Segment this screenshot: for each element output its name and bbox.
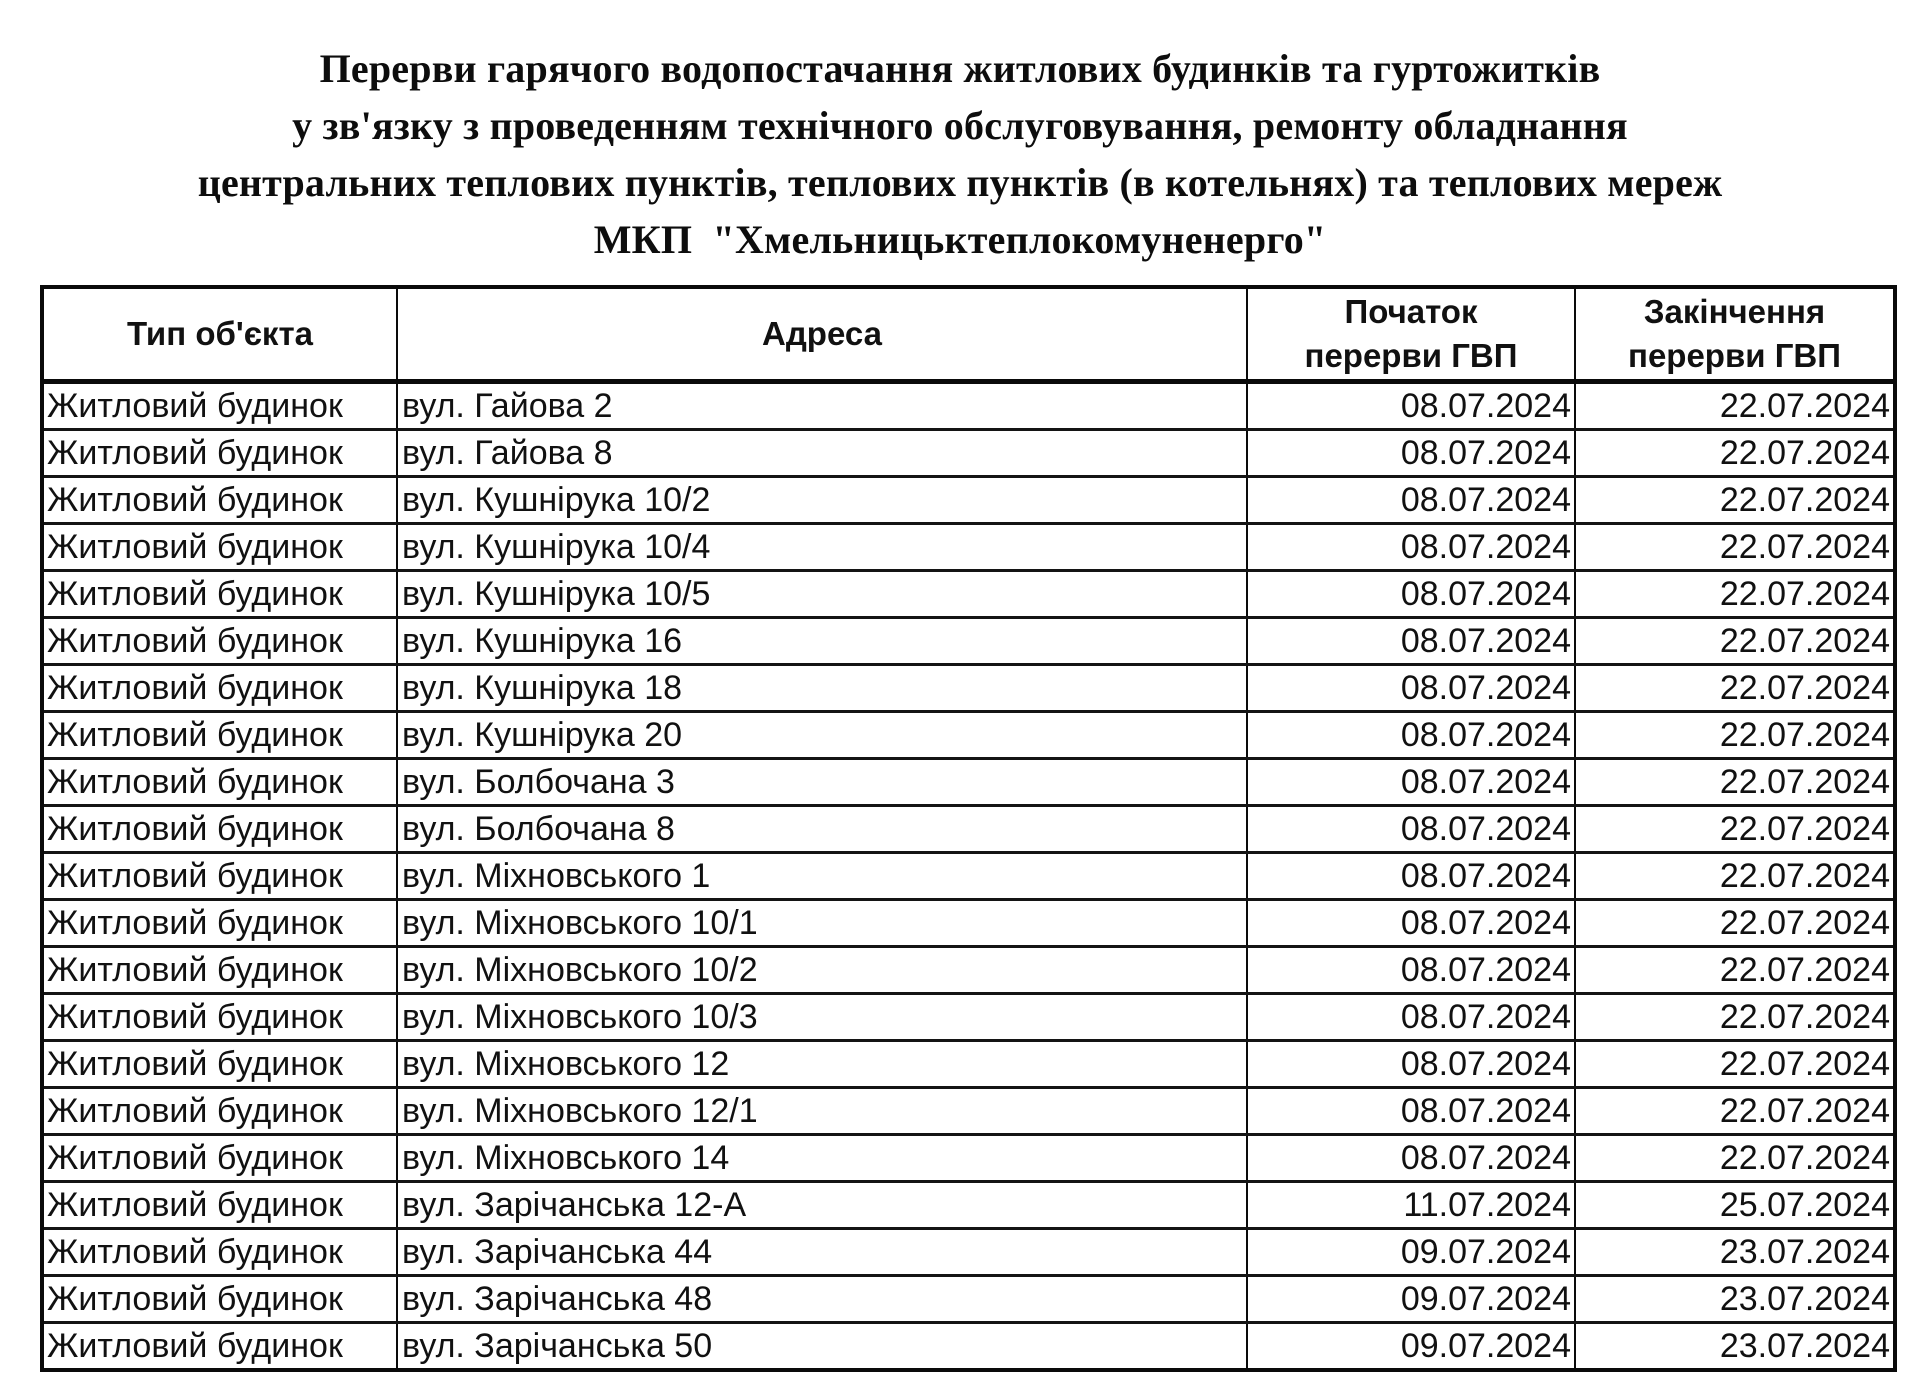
end-date-cell: 22.07.2024 xyxy=(1575,618,1895,665)
address-cell: вул. Кушнірука 10/2 xyxy=(397,477,1247,524)
object-type-cell: Житловий будинок xyxy=(42,1041,397,1088)
start-date-cell: 08.07.2024 xyxy=(1247,665,1575,712)
end-date-cell: 22.07.2024 xyxy=(1575,1135,1895,1182)
start-date-cell: 08.07.2024 xyxy=(1247,994,1575,1041)
object-type-cell: Житловий будинок xyxy=(42,853,397,900)
end-date-cell: 22.07.2024 xyxy=(1575,1041,1895,1088)
header-end-date: Закінчення перерви ГВП xyxy=(1575,287,1895,382)
object-type-cell: Житловий будинок xyxy=(42,1135,397,1182)
address-cell: вул. Міхновського 1 xyxy=(397,853,1247,900)
object-type-cell: Житловий будинок xyxy=(42,1088,397,1135)
table-row: Житловий будиноквул. Болбочана 308.07.20… xyxy=(42,759,1895,806)
table-row: Житловий будиноквул. Міхновського 10/308… xyxy=(42,994,1895,1041)
table-row: Житловий будиноквул. Зарічанська 5009.07… xyxy=(42,1323,1895,1371)
address-cell: вул. Кушнірука 10/5 xyxy=(397,571,1247,618)
table-body: Житловий будиноквул. Гайова 208.07.20242… xyxy=(42,382,1895,1371)
table-row: Житловий будиноквул. Зарічанська 4409.07… xyxy=(42,1229,1895,1276)
start-date-cell: 11.07.2024 xyxy=(1247,1182,1575,1229)
object-type-cell: Житловий будинок xyxy=(42,1276,397,1323)
address-cell: вул. Зарічанська 50 xyxy=(397,1323,1247,1371)
title-line-1: Перерви гарячого водопостачання житлових… xyxy=(0,40,1920,97)
header-address: Адреса xyxy=(397,287,1247,382)
document-title: Перерви гарячого водопостачання житлових… xyxy=(0,40,1920,268)
end-date-cell: 22.07.2024 xyxy=(1575,571,1895,618)
table-row: Житловий будиноквул. Кушнірука 2008.07.2… xyxy=(42,712,1895,759)
address-cell: вул. Гайова 2 xyxy=(397,382,1247,430)
header-start-line2: перерви ГВП xyxy=(1248,334,1574,378)
end-date-cell: 22.07.2024 xyxy=(1575,759,1895,806)
address-cell: вул. Гайова 8 xyxy=(397,430,1247,477)
table-row: Житловий будиноквул. Міхновського 10/108… xyxy=(42,900,1895,947)
object-type-cell: Житловий будинок xyxy=(42,665,397,712)
object-type-cell: Житловий будинок xyxy=(42,1323,397,1371)
object-type-cell: Житловий будинок xyxy=(42,947,397,994)
object-type-cell: Житловий будинок xyxy=(42,618,397,665)
header-address-label: Адреса xyxy=(398,312,1246,356)
address-cell: вул. Зарічанська 48 xyxy=(397,1276,1247,1323)
start-date-cell: 08.07.2024 xyxy=(1247,1088,1575,1135)
table-row: Житловий будиноквул. Міхновського 108.07… xyxy=(42,853,1895,900)
table-row: Житловий будиноквул. Кушнірука 10/208.07… xyxy=(42,477,1895,524)
end-date-cell: 22.07.2024 xyxy=(1575,382,1895,430)
object-type-cell: Житловий будинок xyxy=(42,524,397,571)
address-cell: вул. Міхновського 10/2 xyxy=(397,947,1247,994)
object-type-cell: Житловий будинок xyxy=(42,900,397,947)
table-row: Житловий будиноквул. Кушнірука 10/408.07… xyxy=(42,524,1895,571)
title-line-4: МКП "Хмельницьктеплокомуненерго" xyxy=(0,211,1920,268)
end-date-cell: 23.07.2024 xyxy=(1575,1229,1895,1276)
end-date-cell: 22.07.2024 xyxy=(1575,712,1895,759)
object-type-cell: Житловий будинок xyxy=(42,759,397,806)
table-row: Житловий будиноквул. Міхновського 10/208… xyxy=(42,947,1895,994)
start-date-cell: 08.07.2024 xyxy=(1247,712,1575,759)
end-date-cell: 22.07.2024 xyxy=(1575,806,1895,853)
end-date-cell: 23.07.2024 xyxy=(1575,1323,1895,1371)
header-row: Тип об'єкта Адреса Початок перерви ГВП З… xyxy=(42,287,1895,382)
table-row: Житловий будиноквул. Гайова 208.07.20242… xyxy=(42,382,1895,430)
start-date-cell: 08.07.2024 xyxy=(1247,759,1575,806)
table-row: Житловий будиноквул. Зарічанська 12-А11.… xyxy=(42,1182,1895,1229)
title-line-3: центральних теплових пунктів, теплових п… xyxy=(0,154,1920,211)
address-cell: вул. Міхновського 12/1 xyxy=(397,1088,1247,1135)
end-date-cell: 22.07.2024 xyxy=(1575,994,1895,1041)
end-date-cell: 22.07.2024 xyxy=(1575,524,1895,571)
start-date-cell: 08.07.2024 xyxy=(1247,477,1575,524)
object-type-cell: Житловий будинок xyxy=(42,1229,397,1276)
end-date-cell: 22.07.2024 xyxy=(1575,900,1895,947)
table-row: Житловий будиноквул. Кушнірука 1608.07.2… xyxy=(42,618,1895,665)
table-row: Житловий будиноквул. Зарічанська 4809.07… xyxy=(42,1276,1895,1323)
address-cell: вул. Болбочана 3 xyxy=(397,759,1247,806)
address-cell: вул. Зарічанська 12-А xyxy=(397,1182,1247,1229)
table-row: Житловий будиноквул. Міхновського 1408.0… xyxy=(42,1135,1895,1182)
address-cell: вул. Міхновського 14 xyxy=(397,1135,1247,1182)
address-cell: вул. Міхновського 12 xyxy=(397,1041,1247,1088)
end-date-cell: 25.07.2024 xyxy=(1575,1182,1895,1229)
address-cell: вул. Кушнірука 20 xyxy=(397,712,1247,759)
header-end-line1: Закінчення xyxy=(1576,290,1893,334)
header-object-type-label: Тип об'єкта xyxy=(44,312,396,356)
start-date-cell: 09.07.2024 xyxy=(1247,1276,1575,1323)
end-date-cell: 22.07.2024 xyxy=(1575,947,1895,994)
start-date-cell: 08.07.2024 xyxy=(1247,1041,1575,1088)
start-date-cell: 08.07.2024 xyxy=(1247,618,1575,665)
start-date-cell: 08.07.2024 xyxy=(1247,900,1575,947)
start-date-cell: 08.07.2024 xyxy=(1247,524,1575,571)
address-cell: вул. Болбочана 8 xyxy=(397,806,1247,853)
end-date-cell: 22.07.2024 xyxy=(1575,853,1895,900)
address-cell: вул. Зарічанська 44 xyxy=(397,1229,1247,1276)
table-row: Житловий будиноквул. Кушнірука 1808.07.2… xyxy=(42,665,1895,712)
object-type-cell: Житловий будинок xyxy=(42,382,397,430)
header-start-line1: Початок xyxy=(1248,290,1574,334)
end-date-cell: 22.07.2024 xyxy=(1575,477,1895,524)
address-cell: вул. Міхновського 10/3 xyxy=(397,994,1247,1041)
start-date-cell: 08.07.2024 xyxy=(1247,853,1575,900)
object-type-cell: Житловий будинок xyxy=(42,806,397,853)
header-end-line2: перерви ГВП xyxy=(1576,334,1893,378)
header-start-date: Початок перерви ГВП xyxy=(1247,287,1575,382)
header-object-type: Тип об'єкта xyxy=(42,287,397,382)
outage-schedule-table: Тип об'єкта Адреса Початок перерви ГВП З… xyxy=(40,285,1897,1372)
start-date-cell: 09.07.2024 xyxy=(1247,1323,1575,1371)
title-line-2: у зв'язку з проведенням технічного обслу… xyxy=(0,97,1920,154)
table-row: Житловий будиноквул. Міхновського 12/108… xyxy=(42,1088,1895,1135)
table-row: Житловий будиноквул. Кушнірука 10/508.07… xyxy=(42,571,1895,618)
start-date-cell: 08.07.2024 xyxy=(1247,1135,1575,1182)
start-date-cell: 08.07.2024 xyxy=(1247,382,1575,430)
start-date-cell: 08.07.2024 xyxy=(1247,947,1575,994)
object-type-cell: Житловий будинок xyxy=(42,430,397,477)
table-header: Тип об'єкта Адреса Початок перерви ГВП З… xyxy=(42,287,1895,382)
start-date-cell: 08.07.2024 xyxy=(1247,571,1575,618)
object-type-cell: Житловий будинок xyxy=(42,571,397,618)
table-row: Житловий будиноквул. Міхновського 1208.0… xyxy=(42,1041,1895,1088)
table-row: Житловий будиноквул. Болбочана 808.07.20… xyxy=(42,806,1895,853)
start-date-cell: 08.07.2024 xyxy=(1247,806,1575,853)
object-type-cell: Житловий будинок xyxy=(42,712,397,759)
table-row: Житловий будиноквул. Гайова 808.07.20242… xyxy=(42,430,1895,477)
end-date-cell: 23.07.2024 xyxy=(1575,1276,1895,1323)
address-cell: вул. Кушнірука 18 xyxy=(397,665,1247,712)
object-type-cell: Житловий будинок xyxy=(42,1182,397,1229)
object-type-cell: Житловий будинок xyxy=(42,994,397,1041)
object-type-cell: Житловий будинок xyxy=(42,477,397,524)
start-date-cell: 08.07.2024 xyxy=(1247,430,1575,477)
start-date-cell: 09.07.2024 xyxy=(1247,1229,1575,1276)
address-cell: вул. Кушнірука 16 xyxy=(397,618,1247,665)
end-date-cell: 22.07.2024 xyxy=(1575,1088,1895,1135)
end-date-cell: 22.07.2024 xyxy=(1575,430,1895,477)
end-date-cell: 22.07.2024 xyxy=(1575,665,1895,712)
address-cell: вул. Міхновського 10/1 xyxy=(397,900,1247,947)
address-cell: вул. Кушнірука 10/4 xyxy=(397,524,1247,571)
